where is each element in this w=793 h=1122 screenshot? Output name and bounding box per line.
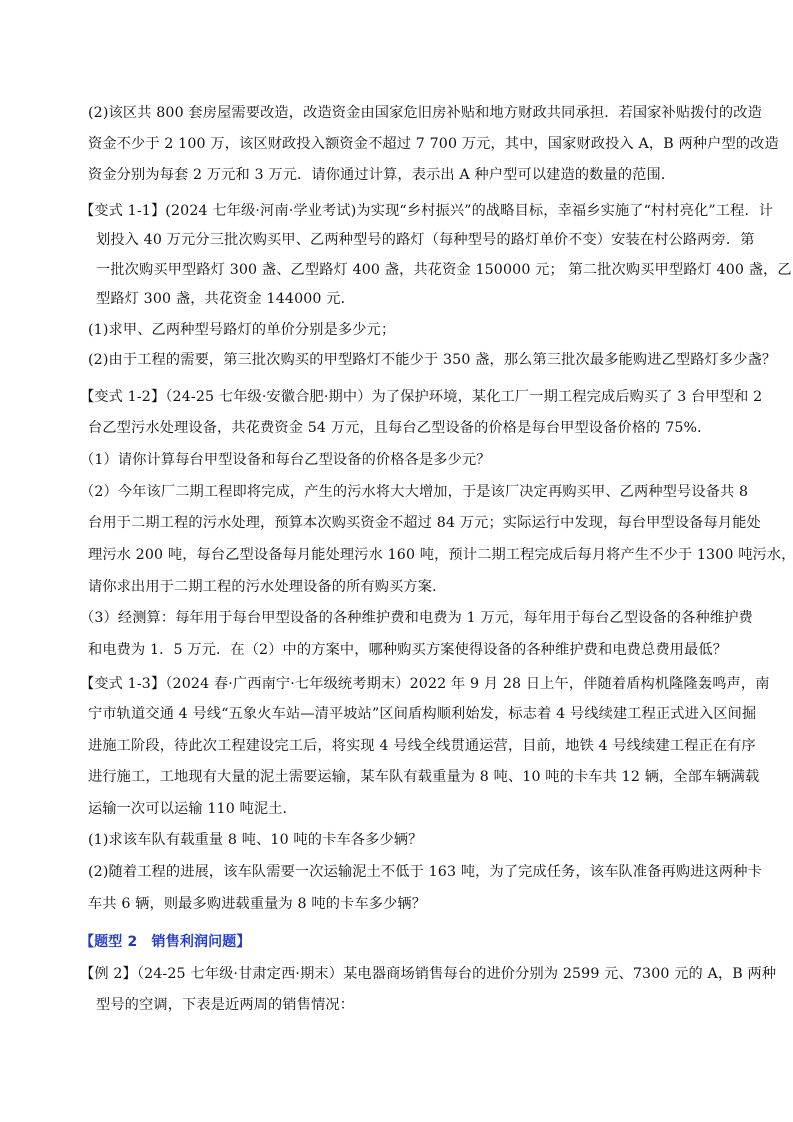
variant-1-3-line-5: 运输一次可以运输 110 吨泥土． [88,800,297,818]
variant-1-2-question-3-line-2: 和电费为 1．5 万元．在（2）中的方案中，哪种购买方案使得设备的各种维护费和电… [88,641,727,659]
variant-1-2-question-2-line-1: （2）今年该厂二期工程即将完成，产生的污水将大大增加，于是该厂决定再购买甲、乙两… [80,483,748,501]
variant-1-3-line-4: 进行施工，工地现有大量的泥土需要运输，某车队有载重量为 8 吨、10 吨的卡车共… [88,768,759,786]
variant-1-3-line-2: 宁市轨道交通 4 号线“五象火车站—清平坡站”区间盾构顺利始发，标志着 4 号线… [88,705,756,723]
variant-1-2-line-1: 【变式 1-2】（24-25 七年级·安徽合肥·期中）为了保护环境，某化工厂一期… [80,388,762,406]
problem-part-2-line-2: 资金不少于 2 100 万，该区财政投入额资金不超过 7 700 万元，其中，国… [88,135,779,153]
variant-1-1-question-1: (1)求甲、乙两种型号路灯的单价分别是多少元； [88,321,395,339]
variant-1-3-question-2-line-1: (2)随着工程的进展，该车队需要一次运输泥土不低于 163 吨，为了完成任务，该… [88,863,762,881]
variant-1-1-line-2: 划投入 40 万元分三批次购买甲、乙两种型号的路灯（每种型号的路灯单价不变）安装… [96,231,755,249]
variant-1-1-line-3: 一批次购买甲型路灯 300 盏、乙型路灯 400 盏，共花资金 150000 元… [96,261,792,279]
variant-1-2-line-2: 台乙型污水处理设备，共花费资金 54 万元，且每台乙型设备的价格是每台甲型设备价… [88,419,711,437]
variant-1-3-line-1: 【变式 1-3】（2024 春·广西南宁·七年级统考期末）2022 年 9 月 … [80,675,770,693]
variant-1-3-line-3: 进施工阶段，待此次工程建设完工后，将实现 4 号线全线贯通运营，目前，地铁 4 … [88,737,756,755]
variant-1-2-question-2-line-2: 台用于二期工程的污水处理，预算本次购买资金不超过 84 万元；实际运行中发现，每… [88,514,761,532]
variant-1-2-question-2-line-3: 理污水 200 吨，每台乙型设备每月能处理污水 160 吨，预计二期工程完成后每… [88,546,793,564]
variant-1-2-question-1: （1）请你计算每台甲型设备和每台乙型设备的价格各是多少元？ [80,451,491,469]
variant-1-3-question-2-line-2: 车共 6 辆，则最多购进载重量为 8 吨的卡车多少辆？ [88,895,426,913]
variant-1-1-line-4: 型路灯 300 盏，共花资金 144000 元． [96,290,355,308]
variant-1-2-question-3-line-1: （3）经测算：每年用于每台甲型设备的各种维护费和电费为 1 万元，每年用于每台乙… [80,609,753,627]
document-page: (2)该区共 800 套房屋需要改造，改造资金由国家危旧房补贴和地方财政共同承担… [0,0,793,1122]
example-2-line-1: 【例 2】（24-25 七年级·甘肃定西·期末）某电器商场销售每台的进价分别为 … [80,965,776,983]
section-heading-type-2: 【题型 2 销售利润问题】 [80,933,251,951]
problem-part-2-line-1: (2)该区共 800 套房屋需要改造，改造资金由国家危旧房补贴和地方财政共同承担… [88,104,762,122]
example-2-line-2: 型号的空调，下表是近两周的销售情况： [96,996,354,1014]
variant-1-1-line-1: 【变式 1-1】(2024 七年级·河南·学业考试)为实现“乡村振兴”的战略目标… [80,202,773,220]
variant-1-1-question-2: (2)由于工程的需要，第三批次购买的甲型路灯不能少于 350 盏，那么第三批次最… [88,351,776,369]
variant-1-2-question-2-line-4: 请你求出用于二期工程的污水处理设备的所有购买方案． [88,578,446,596]
problem-part-2-line-3: 资金分别为每套 2 万元和 3 万元．请你通过计算，表示出 A 种户型可以建造的… [88,166,675,184]
variant-1-3-question-1: (1)求该车队有载重量 8 吨、10 吨的卡车各多少辆？ [88,831,422,849]
